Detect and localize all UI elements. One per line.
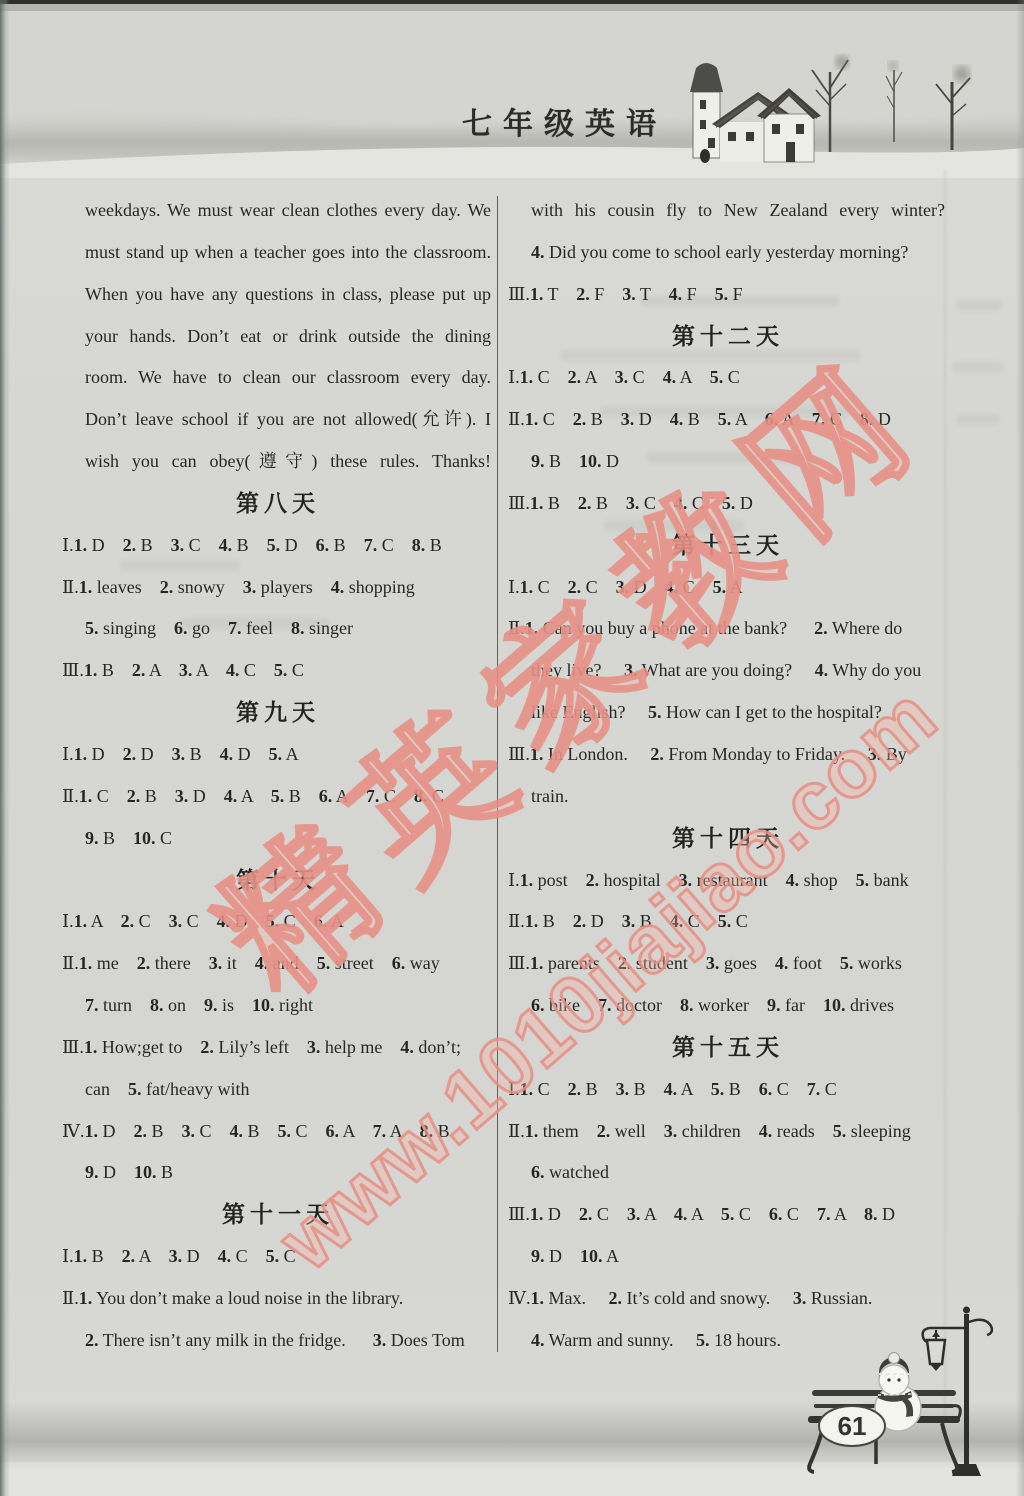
- column-divider: [497, 196, 498, 1352]
- answer-line: Ⅰ.1. B 2. A 3. D 4. C 5. C: [62, 1236, 494, 1278]
- answer-line: train.: [508, 776, 948, 818]
- answer-line: Ⅱ.1. You don’t make a loud noise in the …: [62, 1278, 494, 1320]
- bleed-through-smudge: [956, 300, 1002, 311]
- paragraph-line: Don’t leave school if you are not allowe…: [62, 399, 494, 441]
- answer-line: 9. D 10. A: [508, 1236, 948, 1278]
- answer-line: 9. B 10. D: [508, 441, 948, 483]
- answer-line: Ⅰ.1. C 2. C 3. D 4. C 5. A: [508, 567, 948, 609]
- answer-line: Ⅲ.1. How;get to 2. Lily’s left 3. help m…: [62, 1027, 494, 1069]
- answer-line: Ⅱ.1. B 2. D 3. B 4. C 5. C: [508, 901, 948, 943]
- answer-line: 2. There isn’t any milk in the fridge. 3…: [62, 1320, 494, 1362]
- answer-line: Ⅲ.1. B 2. B 3. C 4. C 5. D: [508, 483, 948, 525]
- section-heading: 第十一天: [62, 1194, 494, 1236]
- bleed-through-smudge: [956, 414, 1000, 425]
- section-heading: 第十五天: [508, 1027, 948, 1069]
- answer-line: like English? 5. How can I get to the ho…: [508, 692, 948, 734]
- section-heading: 第十天: [62, 860, 494, 902]
- answer-line: Ⅲ.1. In London. 2. From Monday to Friday…: [508, 734, 948, 776]
- page-right-edge: [1016, 0, 1024, 1496]
- page-left-edge: [0, 0, 10, 1496]
- answer-line: they live? 3. What are you doing? 4. Why…: [508, 650, 948, 692]
- answer-line: Ⅱ.1. Can you buy a phone at the bank? 2.…: [508, 608, 948, 650]
- bleed-through-smudge: [952, 362, 1004, 373]
- paragraph-line: weekdays. We must wear clean clothes eve…: [62, 190, 494, 232]
- section-heading: 第九天: [62, 692, 494, 734]
- tower-icon: [690, 63, 723, 158]
- workbook-page: 七年级英语 weekdays. We must wear clean cloth…: [0, 0, 1024, 1496]
- answer-line: 9. D 10. B: [62, 1152, 494, 1194]
- page-title: 七年级英语: [462, 99, 667, 143]
- answer-line: 4. Did you come to school early yesterda…: [508, 232, 948, 274]
- page-number-badge: 61: [819, 1406, 885, 1446]
- header-illustration: [0, 0, 1024, 178]
- section-heading: 第十二天: [508, 316, 948, 358]
- answer-line: can 5. fat/heavy with: [62, 1069, 494, 1111]
- answer-line: Ⅰ.1. post 2. hospital 3. restaurant 4. s…: [508, 860, 948, 902]
- answer-line: 6. bike 7. doctor 8. worker 9. far 10. d…: [508, 985, 948, 1027]
- paragraph-line: When you have any questions in class, pl…: [62, 274, 494, 316]
- page-top-line: [0, 0, 1024, 4]
- answers-column-left: weekdays. We must wear clean clothes eve…: [62, 190, 494, 1362]
- answer-line: Ⅱ.1. me 2. there 3. it 4. and 5. street …: [62, 943, 494, 985]
- section-heading: 第十三天: [508, 525, 948, 567]
- answer-line: Ⅲ.1. T 2. F 3. T 4. F 5. F: [508, 274, 948, 316]
- answers-column-right: with his cousin fly to New Zealand every…: [508, 190, 948, 1362]
- answer-line: 5. singing 6. go 7. feel 8. singer: [62, 608, 494, 650]
- paragraph-line: with his cousin fly to New Zealand every…: [508, 190, 948, 232]
- answer-line: Ⅰ.1. A 2. C 3. C 4. D 5. C 6. A: [62, 901, 494, 943]
- answer-line: Ⅱ.1. them 2. well 3. children 4. reads 5…: [508, 1111, 948, 1153]
- answer-line: Ⅰ.1. C 2. B 3. B 4. A 5. B 6. C 7. C: [508, 1069, 948, 1111]
- answer-line: Ⅲ.1. D 2. C 3. A 4. A 5. C 6. C 7. A 8. …: [508, 1194, 948, 1236]
- answer-line: Ⅱ.1. leaves 2. snowy 3. players 4. shopp…: [62, 567, 494, 609]
- answer-line: Ⅳ.1. D 2. B 3. C 4. B 5. C 6. A 7. A 8. …: [62, 1111, 494, 1153]
- paragraph-line: wish you can obey(遵守) these rules. Thank…: [62, 441, 494, 483]
- section-heading: 第八天: [62, 483, 494, 525]
- answer-line: 6. watched: [508, 1152, 948, 1194]
- answer-line: Ⅲ.1. parents 2. student 3. goes 4. foot …: [508, 943, 948, 985]
- answer-line: Ⅲ.1. B 2. A 3. A 4. C 5. C: [62, 650, 494, 692]
- answer-line: Ⅱ.1. C 2. B 3. D 4. B 5. A 6. A 7. C 8. …: [508, 399, 948, 441]
- section-heading: 第十四天: [508, 818, 948, 860]
- answer-line: 9. B 10. C: [62, 818, 494, 860]
- paragraph-line: must stand up when a teacher goes into t…: [62, 232, 494, 274]
- answer-line: Ⅰ.1. D 2. D 3. B 4. D 5. A: [62, 734, 494, 776]
- answer-line: Ⅰ.1. D 2. B 3. C 4. B 5. D 6. B 7. C 8. …: [62, 525, 494, 567]
- paragraph-line: room. We have to clean our classroom eve…: [62, 357, 494, 399]
- answer-line: Ⅱ.1. C 2. B 3. D 4. A 5. B 6. A 7. C 8. …: [62, 776, 494, 818]
- page-number: 61: [838, 1411, 867, 1441]
- footer-illustration: 61: [766, 1288, 1022, 1494]
- paragraph-line: your hands. Don’t eat or drink outside t…: [62, 316, 494, 358]
- answer-line: 7. turn 8. on 9. is 10. right: [62, 985, 494, 1027]
- answer-line: Ⅰ.1. C 2. A 3. C 4. A 5. C: [508, 357, 948, 399]
